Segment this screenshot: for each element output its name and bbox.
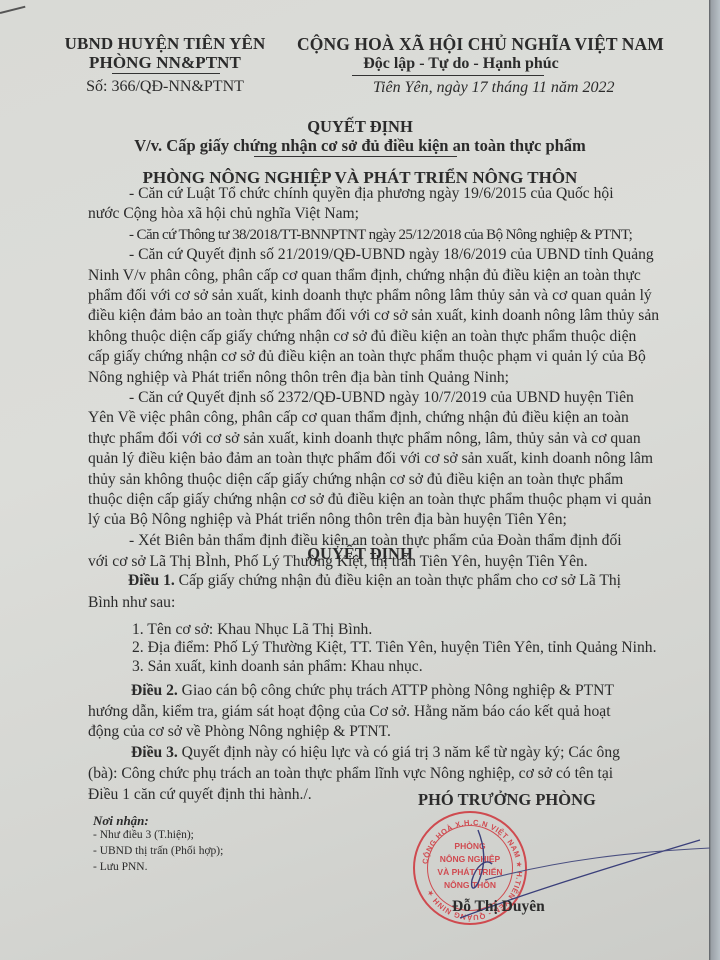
signatory-name: Đỗ Thị Duyên (452, 898, 545, 916)
recipients-heading: Nơi nhận: (93, 813, 149, 829)
document-title: QUYẾT ĐỊNH (0, 117, 720, 137)
motto-underline (352, 75, 544, 76)
preamble-line: quản lý điều kiện bảo đảm an toàn thực p… (88, 448, 653, 470)
preamble-line: nước Cộng hòa xã hội chủ nghĩa Việt Nam; (88, 203, 359, 225)
preamble-line: Yên Về việc phân công, phân cấp cơ quan … (88, 407, 629, 429)
stamp-center-line: VÀ PHÁT TRIỂN (415, 867, 525, 878)
article-2: Điều 2. Giao cán bộ công chức phụ trách … (131, 680, 614, 702)
preamble-line: Nông nghiệp và Phát triển nông thôn trên… (88, 367, 509, 389)
decision-heading: QUYẾT ĐỊNH (0, 544, 720, 564)
preamble-line: phẩm đối với cơ sở sản xuất, kinh doanh … (88, 285, 652, 307)
article-3-label: Điều 3. (131, 744, 178, 761)
preamble-line: - Căn cứ Luật Tổ chức chính quyền địa ph… (129, 183, 614, 205)
article-3: Điều 3. Quyết định này có hiệu lực và có… (131, 742, 620, 764)
preamble-line: thủy sản không thuộc diện cấp giấy chứng… (88, 469, 623, 491)
preamble-line: - Căn cứ Quyết định số 21/2019/QĐ-UBND n… (129, 244, 654, 266)
article-1-text: Cấp giấy chứng nhận đủ điều kiện an toàn… (175, 572, 621, 589)
signatory-title: PHÓ TRƯỞNG PHÒNG (418, 790, 596, 810)
stamp-center-line: NÔNG THÔN (415, 880, 525, 891)
article-2-label: Điều 2. (131, 682, 178, 699)
recipient-item: - Lưu PNN. (93, 861, 147, 873)
preamble-line: thực phẩm đối với cơ sở sản xuất, kinh d… (88, 428, 641, 450)
document-number: Số: 366/QĐ-NN&PTNT (60, 78, 270, 96)
article-1: Điều 1. Cấp giấy chứng nhận đủ điều kiện… (128, 570, 621, 592)
article-2-continuation: động của cơ sở về Phòng Nông nghiệp & PT… (88, 721, 391, 743)
article-1-item: 3. Sản xuất, kinh doanh sản phẩm: Khau n… (132, 656, 423, 678)
article-3-continuation: (bà): Công chức phụ trách an toàn thực p… (88, 763, 613, 785)
preamble-line: - Căn cứ Thông tư 38/2018/TT-BNNPTNT ngà… (129, 224, 632, 246)
article-1-continuation: Bình như sau: (88, 592, 175, 614)
article-3-text: Quyết định này có hiệu lực và có giá trị… (178, 744, 620, 761)
subject-underline (254, 156, 457, 157)
recipient-item: - Như điều 3 (T.hiện); (93, 829, 194, 841)
preamble-line: thuộc diện cấp giấy chứng nhận cơ sở đủ … (88, 489, 651, 511)
left-header-underline (112, 73, 220, 74)
document-subject: V/v. Cấp giấy chứng nhận cơ sở đủ điều k… (0, 136, 720, 156)
place-and-date: Tiên Yên, ngày 17 tháng 11 năm 2022 (373, 79, 614, 97)
stamp-center-line: NÔNG NGHIỆP (415, 854, 525, 865)
nation-name: CỘNG HOÀ XÃ HỘI CHỦ NGHĨA VIỆT NAM (297, 34, 664, 55)
preamble-line: Ninh V/v phân công, phân cấp cơ quan thẩ… (88, 265, 641, 287)
preamble-line: cấp giấy chứng nhận cơ sở đủ điều kiện a… (88, 346, 646, 368)
article-3-continuation: Điều 1 căn cứ quyết định thi hành./. (88, 784, 312, 806)
national-motto: Độc lập - Tự do - Hạnh phúc (297, 55, 625, 73)
preamble-line: điều kiện đảm bảo an toàn thực phẩm đối … (88, 305, 659, 327)
preamble-line: không thuộc diện cấp giấy chứng nhận cơ … (88, 326, 636, 348)
article-1-label: Điều 1. (128, 572, 175, 589)
stamp-center-line: PHÒNG (415, 841, 525, 852)
article-2-text: Giao cán bộ công chức phụ trách ATTP phò… (178, 682, 614, 699)
department-name: PHÒNG NN&PTNT (60, 53, 270, 73)
preamble-line: lý của Bộ Nông nghiệp và Phát triển nông… (88, 509, 567, 531)
preamble-line: - Căn cứ Quyết định số 2372/QĐ-UBND ngày… (129, 387, 634, 409)
article-2-continuation: hướng dẫn, kiểm tra, giám sát hoạt động … (88, 701, 611, 723)
recipient-item: - UBND thị trấn (Phối hợp); (93, 845, 223, 857)
authority-name: UBND HUYỆN TIÊN YÊN (60, 34, 270, 54)
